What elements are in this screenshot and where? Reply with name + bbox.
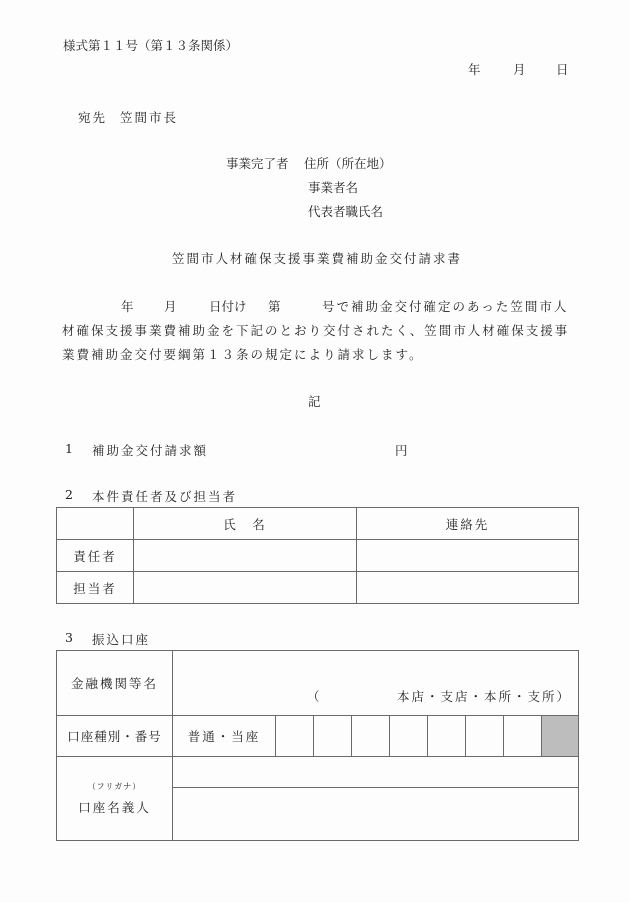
section3-label: 振込口座: [92, 630, 150, 648]
body-month: 月: [164, 297, 177, 315]
body-date: 日付け: [209, 297, 247, 315]
body-year: 年: [121, 297, 134, 315]
date-year-label: 年: [468, 60, 481, 78]
bank-name-label: 金融機関等名: [57, 651, 173, 716]
form-number: 様式第１１号（第１３条関係）: [63, 36, 238, 54]
responsible-contact-field[interactable]: [357, 540, 579, 572]
addressee-name: 笠間市長: [120, 108, 178, 126]
role-staff: 担当者: [57, 572, 134, 604]
table-row: 担当者: [57, 572, 579, 604]
applicant-label: 事業完了者: [226, 154, 289, 172]
addressee-label: 宛先: [78, 108, 107, 126]
section2-number: 2: [65, 487, 73, 502]
account-digit[interactable]: [352, 716, 390, 757]
account-holder-label: 口座名義人: [78, 800, 151, 815]
role-responsible: 責任者: [57, 540, 134, 572]
header-contact: 連絡先: [357, 508, 579, 540]
account-digit[interactable]: [466, 716, 504, 757]
account-type-options[interactable]: 普通・当座: [173, 716, 276, 757]
header-blank: [57, 508, 134, 540]
body-line3: 業費補助金交付要綱第１３条の規定により請求します。: [62, 345, 424, 363]
branch-options: 本店・支店・本所・支所）: [397, 687, 571, 705]
applicant-address-label: 住所（所在地）: [304, 154, 392, 172]
body-line2: 材確保支援事業費補助金を下記のとおり交付されたく、笠間市人材確保支援事: [62, 321, 569, 339]
account-digit-shaded: [542, 716, 579, 757]
branch-open-paren: （: [307, 687, 322, 705]
document-title: 笠間市人材確保支援事業費補助金交付請求書: [172, 249, 462, 267]
header-name: 氏 名: [134, 508, 357, 540]
account-holder-label-cell: （フリガナ） 口座名義人: [57, 757, 173, 841]
business-name-label: 事業者名: [308, 178, 358, 196]
responsible-name-field[interactable]: [134, 540, 357, 572]
section2-label: 本件責任者及び担当者: [92, 487, 237, 505]
responsible-persons-table: 氏 名 連絡先 責任者 担当者: [56, 507, 579, 604]
section3-number: 3: [65, 630, 73, 645]
representative-label: 代表者職氏名: [308, 202, 383, 220]
section1-unit: 円: [395, 441, 408, 459]
account-digit[interactable]: [428, 716, 466, 757]
account-digit[interactable]: [276, 716, 314, 757]
table-row: 責任者: [57, 540, 579, 572]
account-digit[interactable]: [504, 716, 542, 757]
account-digit[interactable]: [390, 716, 428, 757]
body-line1-rest: 号で補助金交付確定のあった笠間市人: [322, 297, 568, 315]
furigana-field[interactable]: [173, 757, 579, 788]
account-holder-field[interactable]: [173, 788, 579, 841]
body-no: 第: [268, 297, 281, 315]
staff-contact-field[interactable]: [357, 572, 579, 604]
bank-account-table: 金融機関等名 （ 本店・支店・本所・支所） 口座種別・番号 普通・当座 （フリガ…: [56, 650, 579, 841]
section1-number: 1: [65, 441, 73, 456]
ki-heading: 記: [308, 392, 321, 410]
account-digit[interactable]: [314, 716, 352, 757]
date-day-label: 日: [556, 60, 569, 78]
furigana-label: （フリガナ）: [57, 781, 172, 792]
section1-label: 補助金交付請求額: [92, 441, 208, 459]
date-month-label: 月: [513, 60, 526, 78]
staff-name-field[interactable]: [134, 572, 357, 604]
account-type-label: 口座種別・番号: [57, 716, 173, 757]
table-header-row: 氏 名 連絡先: [57, 508, 579, 540]
bank-name-field[interactable]: （ 本店・支店・本所・支所）: [173, 651, 579, 716]
